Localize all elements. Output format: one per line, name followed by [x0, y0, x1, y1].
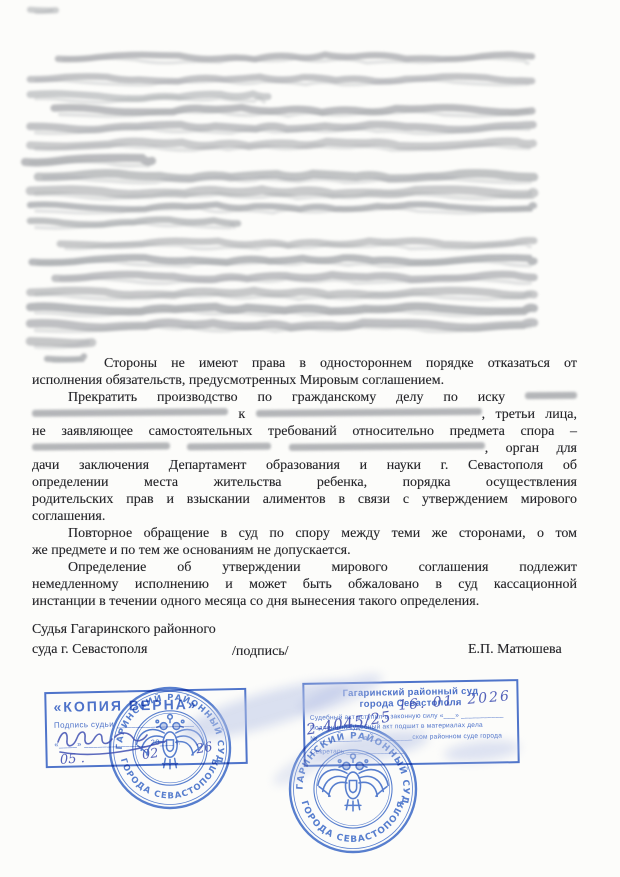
text-segment: родительских прав и взыскании алиментов …: [32, 492, 577, 507]
inline-redaction: [32, 442, 170, 450]
handwritten-month: 02: [141, 746, 159, 763]
text-segment: Стороны не имеют права в одностороннем п…: [104, 356, 577, 371]
text-segment: не заявляющее самостоятельных требований…: [32, 424, 577, 439]
document-line: Стороны не имеют права в одностороннем п…: [32, 356, 577, 372]
inline-redaction: [256, 408, 482, 417]
double-headed-eagle-icon: [318, 754, 388, 811]
judge-title-line2: суда г. Севастополя: [32, 642, 147, 658]
judge-title-line1: Судья Гагаринского районного: [32, 622, 216, 638]
document-line: не заявляющее самостоятельных требований…: [32, 424, 577, 440]
document-line: к , третьи лица,: [32, 407, 577, 423]
text-segment: немедленному исполнению и может быть обж…: [32, 577, 577, 592]
court-round-seal: ГАГАРИНСКИЙ РАЙОННЫЙ СУДГОРОДА СЕВАСТОПО…: [285, 721, 421, 857]
inline-redaction: [32, 408, 228, 417]
text-segment: Прекратить производство по гражданскому …: [68, 390, 505, 405]
document-line: немедленному исполнению и может быть обж…: [32, 577, 577, 593]
document-line: исполнения обязательств, предусмотренных…: [32, 373, 577, 389]
document-line: соглашения.: [32, 509, 577, 525]
document-line: дачи заключения Департамент образования …: [32, 458, 577, 474]
handwritten-day: 05 .: [60, 751, 86, 768]
text-segment: определении места жительства ребенка, по…: [32, 475, 577, 490]
handwritten-year: 26: [195, 740, 214, 758]
document-line: Повторное обращение в суд по спору между…: [32, 526, 577, 542]
document-line: родительских прав и взыскании алиментов …: [32, 492, 577, 508]
court-round-seal: ГАГАРИНСКИЙ РАЙОННЫЙ СУДГОРОДА СЕВАСТОПО…: [105, 683, 235, 813]
judge-name: Е.П. Матюшева: [468, 642, 562, 658]
text-segment: , орган для: [485, 441, 577, 456]
document-line: Определение об утверждении мирового согл…: [32, 560, 577, 576]
text-segment: Определение об утверждении мирового согл…: [68, 560, 577, 575]
text-segment: соглашения.: [32, 509, 105, 524]
text-segment: исполнения обязательств, предусмотренных…: [32, 373, 444, 388]
document-line: , орган для: [32, 441, 577, 457]
inline-redaction: [525, 392, 577, 399]
signature-placeholder: /подпись/: [232, 644, 289, 660]
document-line: же предмете и по тем же основаниям не до…: [32, 543, 577, 559]
text-segment: , третьи лица,: [482, 407, 577, 422]
inline-redaction: [187, 443, 271, 451]
text-segment: к: [238, 407, 245, 422]
inline-redaction: [289, 442, 485, 451]
text-segment: Повторное обращение в суд по спору между…: [68, 526, 577, 541]
document-line: инстанции в течении одного месяца со дня…: [32, 594, 577, 610]
document-line: определении места жительства ребенка, по…: [32, 475, 577, 491]
document-line: Прекратить производство по гражданскому …: [32, 390, 577, 406]
text-segment: инстанции в течении одного месяца со дня…: [32, 594, 479, 609]
text-segment: же предмете и по тем же основаниям не до…: [32, 543, 351, 558]
text-segment: дачи заключения Департамент образования …: [32, 458, 577, 473]
scanned-court-document-page: Стороны не имеют права в одностороннем п…: [0, 0, 620, 877]
